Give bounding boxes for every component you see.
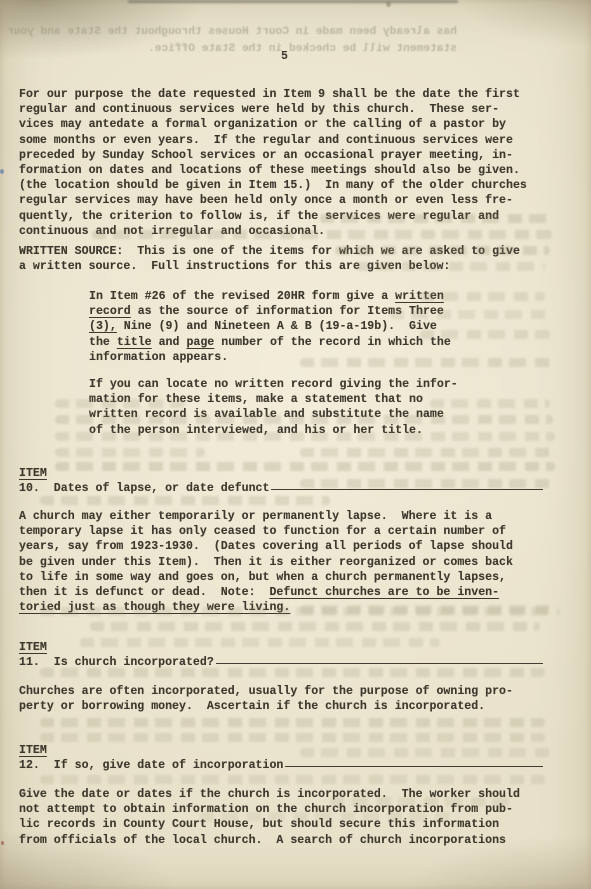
text-line: regular and continuous services were hel… <box>19 102 543 117</box>
underlined-text: Defunct churches are to be inven- <box>269 585 499 600</box>
text-line: be given under this Item). Then it is ei… <box>19 555 543 570</box>
bleedthrough-smudge <box>40 775 545 784</box>
text-segment: For our purpose the date requested in It… <box>19 87 520 102</box>
text-segment: 12. If so, give date of incorporation <box>19 758 283 773</box>
text-segment: from officials of the local church. A se… <box>19 833 506 848</box>
bleedthrough-smudge <box>55 432 555 441</box>
text-line: Churches are often incorporated, usually… <box>19 684 543 699</box>
bleedthrough-smudge <box>300 358 555 367</box>
bleedthrough-smudge <box>55 448 205 457</box>
bleedthrough-smudge <box>40 733 545 742</box>
top-edge-mark <box>386 1 391 7</box>
bleedthrough-smudge <box>55 462 555 471</box>
text-line: formation on dates and locations of thes… <box>19 163 543 178</box>
underlined-text: ITEM <box>19 466 47 481</box>
underlined-text: title <box>117 335 152 350</box>
text-segment: vices may antedate a formal organization… <box>19 117 506 132</box>
bleedthrough-smudge <box>300 748 550 757</box>
item-10-paragraph: A church may either temporarily or perma… <box>19 509 543 615</box>
bleedthrough-smudge <box>355 262 545 271</box>
bleedthrough-smudge <box>90 622 540 631</box>
bleedthrough-smudge <box>300 479 553 488</box>
text-segment: then it is defunct or dead. Note: <box>19 585 269 600</box>
text-line: from officials of the local church. A se… <box>19 833 543 848</box>
bleedthrough-smudge <box>55 415 553 424</box>
bleedthrough-smudge <box>330 797 510 806</box>
text-line: (the location should be given in Item 15… <box>19 178 543 193</box>
text-segment: In Item #26 of the revised 20HR form giv… <box>89 289 395 304</box>
bleedthrough-smudge <box>80 638 440 647</box>
bleedthrough-smudge <box>420 292 545 301</box>
text-segment: Churches are often incorporated, usually… <box>19 684 513 699</box>
bleedthrough-smudge <box>430 399 550 408</box>
underlined-text: ITEM <box>19 743 47 758</box>
text-line: preceded by Sunday School services or an… <box>19 148 543 163</box>
text-segment: 10. Dates of lapse, or date defunct <box>19 481 269 496</box>
text-segment: A church may either temporarily or perma… <box>19 509 492 524</box>
text-segment: formation on dates and locations of thes… <box>19 163 520 178</box>
text-segment: regular and continuous services were hel… <box>19 102 499 117</box>
bleedthrough-smudge <box>40 668 545 677</box>
text-line: years, say from 1923-1930. (Dates coveri… <box>19 539 543 554</box>
underlined-text: page <box>186 335 214 350</box>
text-line: vices may antedate a formal organization… <box>19 117 543 132</box>
text-segment: preceded by Sunday School services or an… <box>19 148 513 163</box>
text-line: 12. If so, give date of incorporation <box>19 758 543 773</box>
text-line: perty or borrowing money. Ascertain if t… <box>19 699 543 714</box>
text-line: For our purpose the date requested in It… <box>19 87 543 102</box>
text-line: to life in some way and goes on, but whe… <box>19 570 543 585</box>
text-segment: (the location should be given in Item 15… <box>19 178 527 193</box>
page-number: 5 <box>281 50 288 63</box>
text-line: regular services may have been held only… <box>19 193 543 208</box>
text-segment: information appears. <box>89 350 228 365</box>
text-segment: years, say from 1923-1930. (Dates coveri… <box>19 539 513 554</box>
text-line: then it is defunct or dead. Note: Defunc… <box>19 585 543 600</box>
bleedthrough-smudge <box>40 607 560 616</box>
bleedthrough-smudge <box>40 496 330 505</box>
bleedthrough-smudge <box>320 214 555 223</box>
text-line: If you can locate no written record givi… <box>89 377 543 392</box>
text-line: A church may either temporarily or perma… <box>19 509 543 524</box>
bleedthrough-smudge <box>390 310 550 319</box>
text-segment: to life in some way and goes on, but whe… <box>19 570 506 585</box>
blue-ink-speck <box>0 169 4 174</box>
text-segment: be given under this Item). Then it is ei… <box>19 555 513 570</box>
bleedthrough-smudge <box>335 246 550 255</box>
bleedthrough-smudge <box>300 448 553 457</box>
bleedthrough-smudge <box>55 399 185 408</box>
underlined-text: record <box>89 304 131 319</box>
text-segment: temporary lapse it has only ceased to fu… <box>19 524 506 539</box>
text-segment: and <box>152 335 187 350</box>
underlined-text: (3), <box>89 319 117 334</box>
document-page: has already been made in Court Houses th… <box>0 0 591 889</box>
underlined-text: ITEM <box>19 640 47 655</box>
text-segment: If you can locate no written record givi… <box>89 377 458 392</box>
red-ink-speck <box>1 841 4 845</box>
bleedthrough-smudge <box>40 718 545 727</box>
bleedthrough-text-line2: statement will be checked in the State O… <box>148 43 457 55</box>
paper-top-edge-shadow <box>128 0 458 3</box>
text-segment: some months or even years. If the regula… <box>19 133 513 148</box>
text-line: some months or even years. If the regula… <box>19 133 543 148</box>
text-segment: perty or borrowing money. Ascertain if t… <box>19 699 485 714</box>
text-segment: number of the record in which the <box>214 335 451 350</box>
bleedthrough-smudge <box>200 812 450 821</box>
bleedthrough-smudge <box>92 230 552 239</box>
bleedthrough-smudge <box>420 330 550 339</box>
text-segment: Nine (9) and Nineteen A & B (19-a-19b). … <box>117 319 437 334</box>
bleedthrough-text-line1: has already been made in Court Houses th… <box>7 26 457 38</box>
item-11-paragraph: Churches are often incorporated, usually… <box>19 684 543 714</box>
text-line: temporary lapse it has only ceased to fu… <box>19 524 543 539</box>
text-segment: the <box>89 335 117 350</box>
text-segment: regular services may have been held only… <box>19 193 513 208</box>
